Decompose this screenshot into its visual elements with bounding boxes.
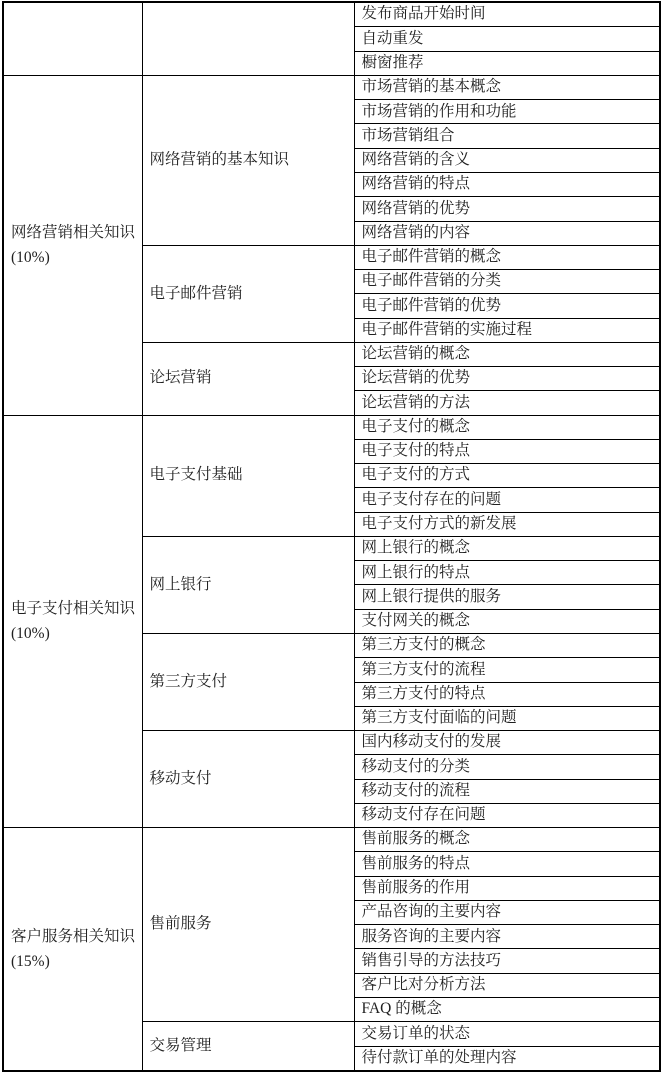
subcategory-cell: 电子支付基础 (142, 415, 354, 536)
topic-cell: 服务咨询的主要内容 (354, 925, 660, 949)
topic-cell: 网上银行的特点 (354, 561, 660, 585)
topic-cell: 客户比对分析方法 (354, 973, 660, 997)
topic-cell: 售前服务的作用 (354, 876, 660, 900)
category-cell: 电子支付相关知识(10%) (3, 415, 142, 828)
topic-cell: 第三方支付的特点 (354, 682, 660, 706)
topic-cell: 网上银行的概念 (354, 536, 660, 560)
topic-cell: 电子支付方式的新发展 (354, 512, 660, 536)
topic-cell: FAQ 的概念 (354, 998, 660, 1022)
topic-cell: 支付网关的概念 (354, 609, 660, 633)
topic-cell: 自动重发 (354, 27, 660, 51)
topic-cell: 论坛营销的方法 (354, 391, 660, 415)
topic-cell: 产品咨询的主要内容 (354, 900, 660, 924)
subcategory-cell: 售前服务 (142, 828, 354, 1022)
category-percent: (10%) (11, 621, 138, 646)
topic-cell: 电子支付存在的问题 (354, 488, 660, 512)
topic-cell: 第三方支付的概念 (354, 634, 660, 658)
topic-cell: 电子邮件营销的实施过程 (354, 318, 660, 342)
topic-cell: 电子支付的方式 (354, 464, 660, 488)
topic-cell: 销售引导的方法技巧 (354, 949, 660, 973)
category-cell: 网络营销相关知识(10%) (3, 75, 142, 415)
subcategory-cell: 网上银行 (142, 536, 354, 633)
category-title: 网络营销相关知识 (11, 220, 138, 245)
topic-cell: 移动支付的分类 (354, 755, 660, 779)
category-cell (3, 2, 142, 75)
topic-cell: 电子邮件营销的概念 (354, 245, 660, 269)
subcategory-cell: 论坛营销 (142, 342, 354, 415)
topic-cell: 论坛营销的优势 (354, 367, 660, 391)
topic-cell: 网络营销的含义 (354, 148, 660, 172)
topic-cell: 第三方支付面临的问题 (354, 706, 660, 730)
topic-cell: 网络营销的内容 (354, 221, 660, 245)
topic-cell: 橱窗推荐 (354, 51, 660, 75)
topic-cell: 移动支付存在问题 (354, 803, 660, 827)
subcategory-cell: 移动支付 (142, 731, 354, 828)
topic-cell: 售前服务的概念 (354, 828, 660, 852)
topic-cell: 网络营销的特点 (354, 172, 660, 196)
curriculum-table-body: 发布商品开始时间自动重发橱窗推荐网络营销相关知识(10%)网络营销的基本知识市场… (3, 2, 660, 1071)
subcategory-cell (142, 2, 354, 75)
topic-cell: 电子支付的特点 (354, 439, 660, 463)
topic-cell: 售前服务的特点 (354, 852, 660, 876)
subcategory-cell: 网络营销的基本知识 (142, 75, 354, 245)
topic-cell: 网络营销的优势 (354, 197, 660, 221)
table-row: 网络营销相关知识(10%)网络营销的基本知识市场营销的基本概念 (3, 75, 660, 99)
topic-cell: 市场营销的基本概念 (354, 75, 660, 99)
topic-cell: 论坛营销的概念 (354, 342, 660, 366)
topic-cell: 待付款订单的处理内容 (354, 1046, 660, 1071)
topic-cell: 电子邮件营销的优势 (354, 294, 660, 318)
topic-cell: 国内移动支付的发展 (354, 731, 660, 755)
topic-cell: 市场营销组合 (354, 124, 660, 148)
topic-cell: 网上银行提供的服务 (354, 585, 660, 609)
topic-cell: 电子邮件营销的分类 (354, 270, 660, 294)
topic-cell: 市场营销的作用和功能 (354, 100, 660, 124)
subcategory-cell: 电子邮件营销 (142, 245, 354, 342)
subcategory-cell: 交易管理 (142, 1022, 354, 1071)
document-page: 发布商品开始时间自动重发橱窗推荐网络营销相关知识(10%)网络营销的基本知识市场… (0, 0, 664, 1075)
category-percent: (15%) (11, 949, 138, 974)
category-cell: 客户服务相关知识(15%) (3, 828, 142, 1071)
table-row: 发布商品开始时间 (3, 2, 660, 27)
topic-cell: 第三方支付的流程 (354, 658, 660, 682)
category-percent: (10%) (11, 245, 138, 270)
category-title: 电子支付相关知识 (11, 596, 138, 621)
curriculum-table: 发布商品开始时间自动重发橱窗推荐网络营销相关知识(10%)网络营销的基本知识市场… (2, 1, 661, 1072)
topic-cell: 交易订单的状态 (354, 1022, 660, 1046)
topic-cell: 发布商品开始时间 (354, 2, 660, 27)
table-row: 客户服务相关知识(15%)售前服务售前服务的概念 (3, 828, 660, 852)
subcategory-cell: 第三方支付 (142, 634, 354, 731)
table-row: 电子支付相关知识(10%)电子支付基础电子支付的概念 (3, 415, 660, 439)
topic-cell: 移动支付的流程 (354, 779, 660, 803)
topic-cell: 电子支付的概念 (354, 415, 660, 439)
category-title: 客户服务相关知识 (11, 924, 138, 949)
